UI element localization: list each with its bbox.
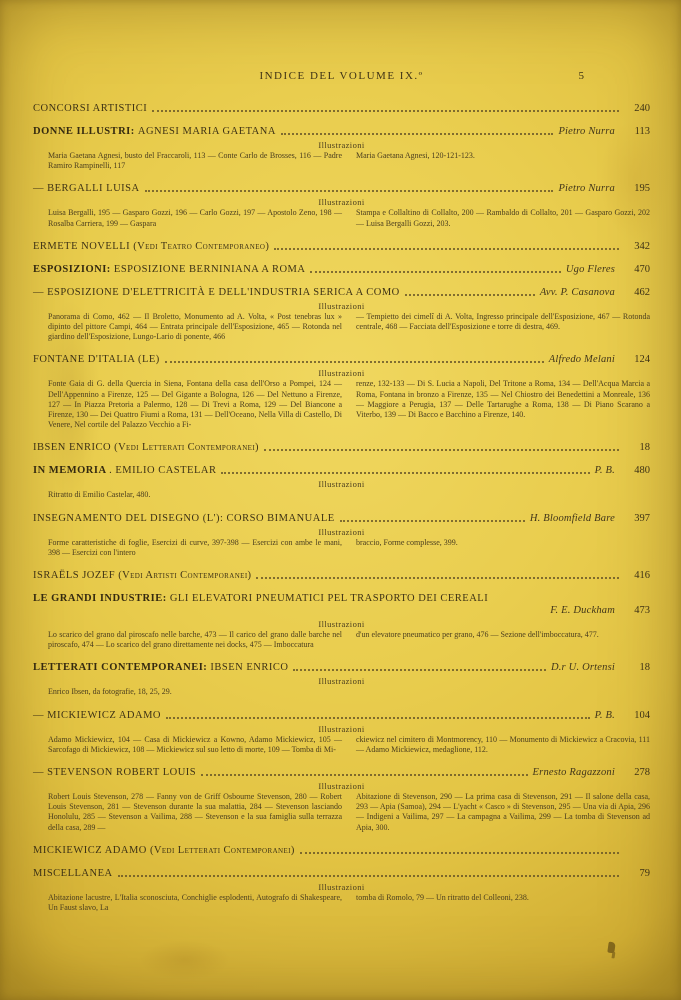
index-entry: — BERGALLI LUISAPietro Nurra195Illustraz… [33, 183, 650, 228]
illustration-column-right: braccio, Forme complesse, 399. [356, 538, 650, 558]
entry-author: Alfredo Melani [549, 354, 615, 365]
illustration-column-left: Maria Gaetana Agnesi, busto del Fraccaro… [48, 151, 342, 171]
illustration-column-left: Forme caratteristiche di foglie, Eserciz… [48, 538, 342, 558]
entry-title: — ESPOSIZIONE D'ELETTRICITÀ E DELL'INDUS… [33, 287, 400, 298]
entry-page-number: 113 [624, 126, 650, 137]
entry-page-number: 278 [624, 767, 650, 778]
entry-author: P. B. [595, 465, 615, 476]
entry-line: LETTERATI CONTEMPORANEI: IBSEN ENRICOD.r… [33, 662, 650, 673]
entry-title: MICKIEWICZ ADAMO [33, 845, 150, 856]
entry-author-line: F. E. Duckham473 [33, 605, 650, 616]
entry-line: CONCORSI ARTISTICI240 [33, 103, 650, 114]
illustrations-columns: Lo scarico del grano dal piroscafo nelle… [48, 630, 650, 650]
entry-line: ESPOSIZIONI: ESPOSIZIONE BERNINIANA A RO… [33, 264, 650, 275]
entry-page-number: 473 [624, 605, 650, 616]
entry-line: — BERGALLI LUISAPietro Nurra195 [33, 183, 650, 194]
leader-dots [293, 669, 545, 671]
entry-line: MISCELLANEA79 [33, 868, 650, 879]
entry-title: FONTANE D'ITALIA (LE) [33, 354, 160, 365]
page-content: INDICE DEL VOLUME IX.º 5 CONCORSI ARTIST… [33, 70, 650, 913]
entry-line: FONTANE D'ITALIA (LE)Alfredo Melani124 [33, 354, 650, 365]
illustrations-label: Illustrazioni [33, 301, 650, 311]
index-entry: DONNE ILLUSTRI: AGNESI MARIA GAETANAPiet… [33, 126, 650, 171]
index-entry: IN MEMORIA . EMILIO CASTELARP. B.480Illu… [33, 465, 650, 500]
illustration-column-right: Abitazione di Stevenson, 290 — La prima … [356, 792, 650, 833]
entry-cross-reference: (Vedi Letterati Contemporanei) [114, 442, 259, 453]
header-page-number: 5 [579, 70, 585, 82]
illustration-column-left: Robert Louis Stevenson, 278 — Fanny von … [48, 792, 342, 833]
entry-title: AGNESI MARIA GAETANA [138, 126, 276, 137]
illustration-column-left: Fonte Gaia di G. della Quercia in Siena,… [48, 379, 342, 430]
index-entry: FONTANE D'ITALIA (LE)Alfredo Melani124Il… [33, 354, 650, 430]
entry-page-number: 79 [624, 868, 650, 879]
illustrations-label: Illustrazioni [33, 781, 650, 791]
entry-page-number: 462 [624, 287, 650, 298]
index-entry: LETTERATI CONTEMPORANEI: IBSEN ENRICOD.r… [33, 662, 650, 697]
illustrations-label: Illustrazioni [33, 882, 650, 892]
entry-line: ISRAËLS JOZEF (Vedi Artisti Contemporane… [33, 570, 650, 581]
entry-title: ISRAËLS JOZEF [33, 570, 118, 581]
leader-dots [256, 577, 619, 579]
index-entry: MISCELLANEA79IllustrazioniAbitazione lac… [33, 868, 650, 913]
entry-cross-reference: (Vedi Artisti Contemporanei) [118, 570, 251, 581]
entry-page-number: 480 [624, 465, 650, 476]
entry-title: . EMILIO CASTELAR [109, 465, 216, 476]
entry-page-number: 342 [624, 241, 650, 252]
illustrations-columns: Robert Louis Stevenson, 278 — Fanny von … [48, 792, 650, 833]
entry-cross-reference: (Vedi Teatro Contemporaneo) [133, 241, 269, 252]
entry-author: H. Bloomfield Bare [530, 513, 615, 524]
illustrations-columns: Maria Gaetana Agnesi, busto del Fraccaro… [48, 151, 650, 171]
illustrations-label: Illustrazioni [33, 676, 650, 686]
entry-title: IBSEN ENRICO [210, 662, 288, 673]
entry-author: Ugo Fleres [566, 264, 615, 275]
leader-dots [405, 294, 535, 296]
entry-title: INSEGNAMENTO DEL DISEGNO (L'): CORSO BIM… [33, 513, 335, 524]
entry-title: GLI ELEVATORI PNEUMATICI PEL TRASPORTO D… [170, 593, 488, 604]
entry-line: — ESPOSIZIONE D'ELETTRICITÀ E DELL'INDUS… [33, 287, 650, 298]
entry-title: ESPOSIZIONE BERNINIANA A ROMA [114, 264, 306, 275]
entry-title: — STEVENSON ROBERT LOUIS [33, 767, 196, 778]
entry-page-number: 124 [624, 354, 650, 365]
index-entry: ERMETE NOVELLI (Vedi Teatro Contemporane… [33, 241, 650, 252]
entry-page-number: 195 [624, 183, 650, 194]
index-entry: ESPOSIZIONI: ESPOSIZIONE BERNINIANA A RO… [33, 264, 650, 275]
leader-dots [274, 248, 619, 250]
entry-headword: ESPOSIZIONI: [33, 264, 114, 275]
entry-headword: IN MEMORIA [33, 465, 109, 476]
illustrations-label: Illustrazioni [33, 140, 650, 150]
index-entry: IBSEN ENRICO (Vedi Letterati Contemporan… [33, 442, 650, 453]
illustration-column-left: Abitazione lacustre, L'Italia sconosciut… [48, 893, 342, 913]
illustrations-label: Illustrazioni [33, 368, 650, 378]
leader-dots [152, 110, 619, 112]
leader-dots [165, 361, 544, 363]
index-entry: CONCORSI ARTISTICI240 [33, 103, 650, 114]
entry-headword: LE GRANDI INDUSTRIE: [33, 593, 170, 604]
illustrations-label: Illustrazioni [33, 527, 650, 537]
leader-dots [340, 520, 525, 522]
entry-line: LE GRANDI INDUSTRIE: GLI ELEVATORI PNEUM… [33, 593, 650, 604]
scanned-index-page: INDICE DEL VOLUME IX.º 5 CONCORSI ARTIST… [0, 0, 681, 1000]
index-entry: LE GRANDI INDUSTRIE: GLI ELEVATORI PNEUM… [33, 593, 650, 650]
leader-dots [281, 133, 554, 135]
leader-dots [166, 717, 590, 719]
leader-dots [201, 774, 527, 776]
illustrations-columns: Forme caratteristiche di foglie, Eserciz… [48, 538, 650, 558]
illustration-column-right: renze, 132-133 — Di S. Lucia a Napoli, D… [356, 379, 650, 430]
entry-page-number: 18 [624, 662, 650, 673]
index-entry: INSEGNAMENTO DEL DISEGNO (L'): CORSO BIM… [33, 513, 650, 558]
illustration-column-right: d'un elevatore pneumatico per grano, 476… [356, 630, 650, 650]
entry-line: — STEVENSON ROBERT LOUISErnesto Ragazzon… [33, 767, 650, 778]
illustration-column-right: tomba di Romolo, 79 — Un ritratto del Co… [356, 893, 650, 913]
entry-title: ERMETE NOVELLI [33, 241, 133, 252]
illustration-column-right: — Tempietto dei cimelî di A. Volta, Ingr… [356, 312, 650, 343]
page-title: INDICE DEL VOLUME IX.º [259, 70, 423, 82]
illustrations-label: Illustrazioni [33, 197, 650, 207]
leader-dots [310, 271, 560, 273]
entry-author: P. B. [595, 710, 615, 721]
entry-author: D.r U. Ortensi [551, 662, 615, 673]
leader-dots [118, 875, 619, 877]
entry-page-number: 416 [624, 570, 650, 581]
illustration-column-right: Stampa e Collaltino di Collalto, 200 — R… [356, 208, 650, 228]
entry-title: — BERGALLI LUISA [33, 183, 140, 194]
entry-line: ERMETE NOVELLI (Vedi Teatro Contemporane… [33, 241, 650, 252]
entry-line: DONNE ILLUSTRI: AGNESI MARIA GAETANAPiet… [33, 126, 650, 137]
illustrations-label: Illustrazioni [33, 724, 650, 734]
leader-dots [145, 190, 554, 192]
illustrations-columns: Luisa Bergalli, 195 — Gasparo Gozzi, 196… [48, 208, 650, 228]
entry-cross-reference: (Vedi Letterati Contemporanei) [150, 845, 295, 856]
entry-line: INSEGNAMENTO DEL DISEGNO (L'): CORSO BIM… [33, 513, 650, 524]
entry-author: Pietro Nurra [558, 183, 615, 194]
index-entry: — STEVENSON ROBERT LOUISErnesto Ragazzon… [33, 767, 650, 833]
entry-page-number: 104 [624, 710, 650, 721]
entry-author: Pietro Nurra [558, 126, 615, 137]
ink-blot [607, 942, 615, 954]
index-entry: — MICKIEWICZ ADAMOP. B.104IllustrazioniA… [33, 710, 650, 755]
entry-headword: DONNE ILLUSTRI: [33, 126, 138, 137]
entry-author: F. E. Duckham [550, 605, 615, 616]
illustrations-columns: Adamo Mickiewicz, 104 — Casa di Mickiewi… [48, 735, 650, 755]
leader-dots [300, 852, 619, 854]
illustrations-label: Illustrazioni [33, 619, 650, 629]
entry-page-number: 397 [624, 513, 650, 524]
entry-page-number: 18 [624, 442, 650, 453]
entry-line: — MICKIEWICZ ADAMOP. B.104 [33, 710, 650, 721]
index-entry: ISRAËLS JOZEF (Vedi Artisti Contemporane… [33, 570, 650, 581]
entry-line: MICKIEWICZ ADAMO (Vedi Letterati Contemp… [33, 845, 650, 856]
illustration-caption: Enrico Ibsen, da fotografie, 18, 25, 29. [48, 687, 650, 697]
illustrations-columns: Panorama di Como, 462 — Il Broletto, Mon… [48, 312, 650, 343]
illustration-caption: Ritratto di Emilio Castelar, 480. [48, 490, 650, 500]
illustrations-columns: Abitazione lacustre, L'Italia sconosciut… [48, 893, 650, 913]
entry-headword: LETTERATI CONTEMPORANEI: [33, 662, 210, 673]
entry-page-number: 470 [624, 264, 650, 275]
illustration-column-left: Panorama di Como, 462 — Il Broletto, Mon… [48, 312, 342, 343]
entry-author: Ernesto Ragazzoni [533, 767, 615, 778]
entry-line: IBSEN ENRICO (Vedi Letterati Contemporan… [33, 442, 650, 453]
leader-dots [221, 472, 589, 474]
page-header: INDICE DEL VOLUME IX.º 5 [33, 70, 650, 82]
illustration-column-left: Lo scarico del grano dal piroscafo nelle… [48, 630, 342, 650]
index-entry: MICKIEWICZ ADAMO (Vedi Letterati Contemp… [33, 845, 650, 856]
illustration-column-right: Maria Gaetana Agnesi, 120-121-123. [356, 151, 650, 171]
illustration-column-right: ckiewicz nel cimitero di Montmorency, 11… [356, 735, 650, 755]
index-entry: — ESPOSIZIONE D'ELETTRICITÀ E DELL'INDUS… [33, 287, 650, 343]
illustrations-columns: Fonte Gaia di G. della Quercia in Siena,… [48, 379, 650, 430]
paper-stain [140, 940, 230, 980]
index-entry-list: CONCORSI ARTISTICI240DONNE ILLUSTRI: AGN… [33, 103, 650, 913]
leader-dots [264, 449, 619, 451]
entry-title: IBSEN ENRICO [33, 442, 114, 453]
entry-title: CONCORSI ARTISTICI [33, 103, 147, 114]
entry-line: IN MEMORIA . EMILIO CASTELARP. B.480 [33, 465, 650, 476]
entry-title: — MICKIEWICZ ADAMO [33, 710, 161, 721]
entry-title: MISCELLANEA [33, 868, 113, 879]
entry-page-number: 240 [624, 103, 650, 114]
illustrations-label: Illustrazioni [33, 479, 650, 489]
illustration-column-left: Luisa Bergalli, 195 — Gasparo Gozzi, 196… [48, 208, 342, 228]
illustration-column-left: Adamo Mickiewicz, 104 — Casa di Mickiewi… [48, 735, 342, 755]
entry-author: Avv. P. Casanova [540, 287, 615, 298]
